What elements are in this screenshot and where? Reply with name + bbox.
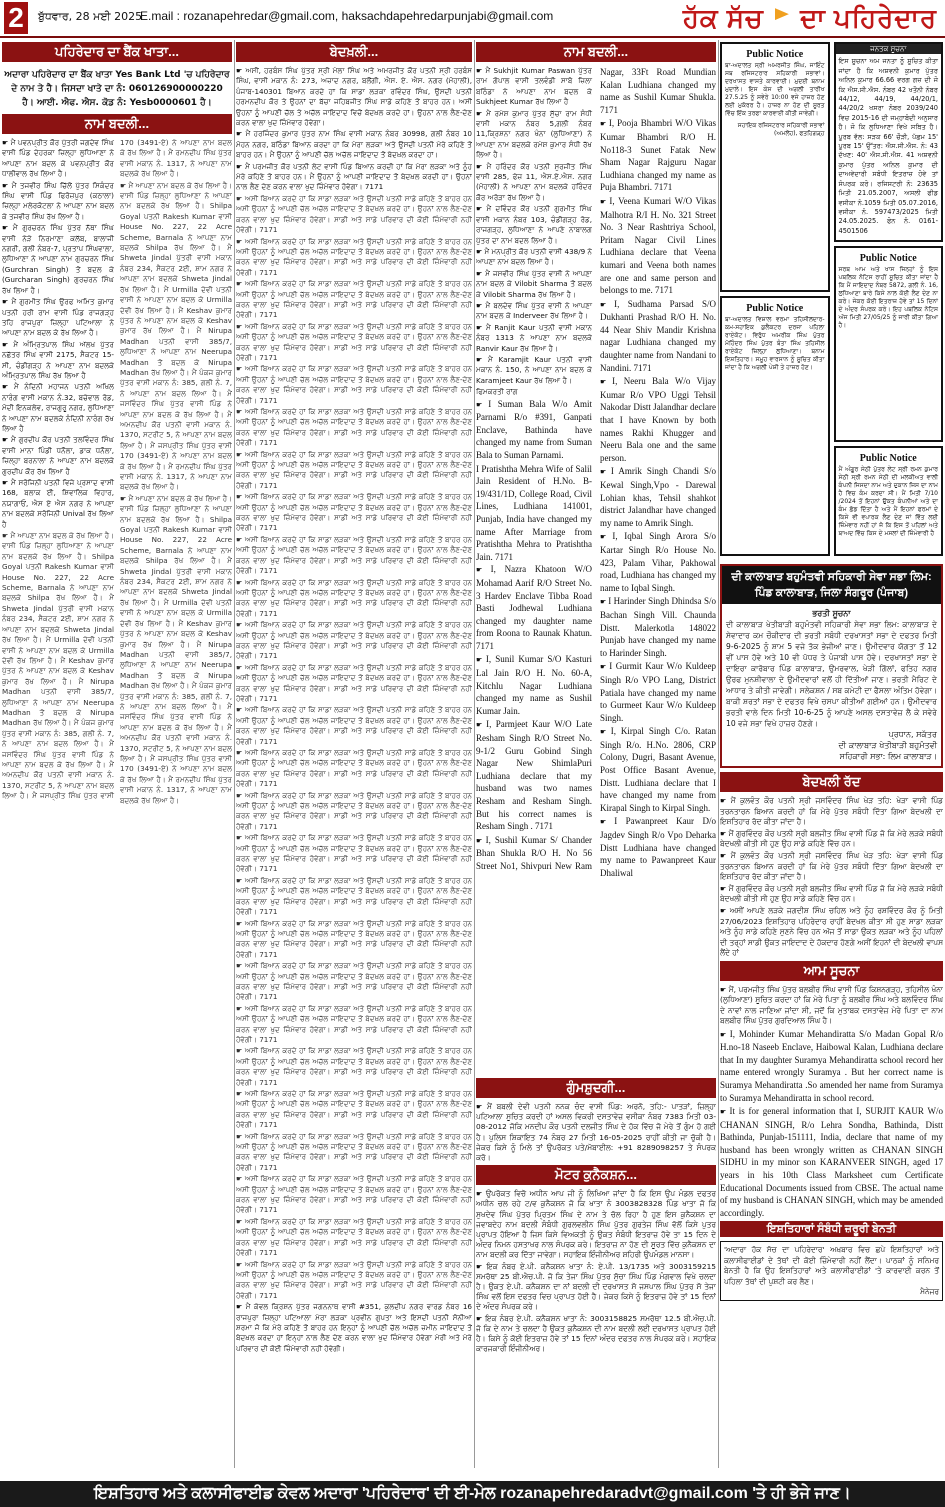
list-item: ਅਸੀਂ ਬਿਆਨ ਕਰਦੇ ਹਾਂ ਕਿ ਸਾਡਾ ਲੜਕਾ ਅਤੇ ਉਸਦੀ… [236, 450, 472, 492]
logo-mid: ਦਾ [800, 3, 826, 33]
list-item: I, Kirpal Singh C/o. Ratan Singh R/o. H.… [600, 725, 716, 814]
list-item: ਮੈਂ ਦਵਿੰਦਰ ਕੌਰ ਪਤਨੀ ਗੁਰਮੀਤ ਸਿੰਘ ਵਾਸੀ ਮਕਾ… [476, 204, 592, 246]
list-item: ਮੈਂ ਹਰਜਿੰਦਰ ਕੁਮਾਰ ਪੁੱਤਰ ਨਾਮ ਸਿੰਘ ਵਾਸੀ ਮਕ… [236, 129, 472, 160]
notice-title: Public Notice [725, 303, 825, 314]
list-item: ਅਸੀਂ ਬਿਆਨ ਕਰਦੇ ਹਾਂ ਕਿ ਸਾਡਾ ਲੜਕਾ ਅਤੇ ਉਸਦੀ… [236, 663, 472, 705]
notices-right: ਜਨਤਕ ਸੂਚਨਾ ਇਸ ਸੂਚਨਾ ਅਮ ਜਨਤਾ ਨੂੰ ਸੂਚਿਤ ਕੀ… [834, 40, 944, 560]
list-item: ਮੈਂ ਕੁਲਵੰਤ ਕੌਰ ਪਤਨੀ ਸ੍ਰੀ ਜਸਵਿੰਦਰ ਸਿੰਘ ਖੇ… [720, 851, 943, 883]
name-change-heading-2: ਨਾਮ ਬਦਲੀ... [476, 42, 716, 62]
list-item: ਅਸੀਂ ਬਿਆਨ ਕਰਦੇ ਹਾਂ ਕਿ ਸਾਡਾ ਲੜਕਾ ਅਤੇ ਉਸਦੀ… [236, 1174, 472, 1216]
list-item: ਮੈਂ ਗੁਰਮੀਤ ਸਿੰਘ ਉਰਫ ਅਮਿਤ ਕੁਮਾਰ ਪਤਨੀ ਹਰੀ … [2, 297, 114, 339]
newspaper-logo: ਹੱਕ ਸੱਚ ਦਾ ਪਹਿਰੇਦਾਰ [683, 2, 937, 34]
list-item: I, Veena Kumari W/O Vikas Malhotra R/I H… [600, 195, 716, 297]
notice-sign: ਸਹਾਇਕ ਰਜਿਸਟਰਾਰ ਸਹਿਕਾਰੀ ਸਭਾਵਾਂ (ਅਮਲੋਹ), ਫ… [725, 122, 825, 138]
list-item: ਅਸੀਂ ਬਿਆਨ ਕਰਦੇ ਹਾਂ ਕਿ ਸਾਡਾ ਲੜਕਾ ਅਤੇ ਉਸਦੀ… [236, 791, 472, 833]
list-item: ਅਸੀਂ ਬਿਆਨ ਕਰਦੇ ਹਾਂ ਕਿ ਸਾਡਾ ਲੜਕਾ ਅਤੇ ਉਸਦੀ… [236, 1089, 472, 1131]
list-item: ਮੈਂ ਸਰੋਜਿਨੀ ਪਤਨੀ ਵਿਜੇ ਪ੍ਰਸਾਦ ਵਾਸੀ 168, ਬ… [2, 478, 114, 530]
column-4: Public Notice ਬਾ-ਅਦਾਲਤ ਸ੍ਰੀ ਅਮਰਜੀਤ ਸਿੰਘ,… [720, 40, 943, 1468]
list-item: I, Iqbal Singh Arora S/o Kartar Singh R/… [600, 530, 716, 594]
contact-email[interactable]: E.mail : rozanapehredar@gmail.com, haksa… [140, 9, 553, 23]
public-notice-1: Public Notice ਬਾ-ਅਦਾਲਤ ਸ੍ਰੀ ਅਮਰਜੀਤ ਸਿੰਘ,… [720, 42, 830, 292]
list-item: ਅਸੀਂ ਬਿਆਨ ਕਰਦੇ ਹਾਂ ਕਿ ਸਾਡਾ ਲੜਕਾ ਅਤੇ ਉਸਦੀ… [236, 194, 472, 236]
logo-right: ਪਹਿਰੇਦਾਰ [834, 3, 937, 33]
list-item: ਮੈਂ ਗੁਰਚਰਨ ਸਿੰਘ ਪੁੱਤਰ ਨੱਥਾ ਸਿੰਘ ਵਾਸੀ ਨੇੜ… [2, 223, 114, 296]
list-item: ਇਕ ਨੰਬਰ ਏ.ਪੀ. ਕਨੈਕਸ਼ਨ ਖਾਤਾ ਨੰ: ਏ.ਪੀ. 13/… [476, 1262, 716, 1313]
notice-title: Public Notice [725, 49, 825, 60]
list-item: ਮੈਂ ਪਵਨਪ੍ਰੀਤ ਕੌਰ ਪੁੱਤਰੀ ਜਗਦੇਵ ਸਿੰਘ ਵਾਸੀ … [2, 138, 114, 180]
list-item: ਮੈਂ ਬਲਦੇਵ ਸਿੰਘ ਪੁੱਤਰ ਵਾਸੀ ਨੇ ਆਪਣਾ ਨਾਮ ਬਦ… [476, 301, 592, 322]
list-item: ਮੈਂ ਗੁਰਵਿੰਦਰ ਕੌਰ ਪਤਨੀ ਸ੍ਰੀ ਬਲਜੀਤ ਸਿੰਘ ਵਾ… [720, 829, 943, 850]
column-divider [718, 40, 719, 1468]
list-item: ਅਸੀਂ ਬਿਆਨ ਕਰਦੇ ਹਾਂ ਕਿ ਸਾਡਾ ਲੜਕਾ ਅਤੇ ਉਸਦੀ… [236, 535, 472, 577]
list-item: ਅਸੀਂ ਬਿਆਨ ਕਰਦੇ ਹਾਂ ਕਿ ਸਾਡਾ ਲੜਕਾ ਅਤੇ ਉਸਦੀ… [236, 279, 472, 321]
list-item: ਮੈਂ ਕੇਵਲ ਕ੍ਰਿਸ਼ਨ ਪੁੱਤਰ ਜਗਨਨਾਥ ਵਾਸੀ #351,… [236, 1302, 472, 1354]
issue-date: ਬੁੱਧਵਾਰ, 28 ਮਈ 2025 [38, 10, 142, 24]
eviction-cancel-list: ਮੈਂ ਕੁਲਵੰਤ ਕੌਰ ਪਤਨੀ ਸ੍ਰੀ ਜਸਵਿੰਦਰ ਸਿੰਘ ਖੇ… [720, 796, 943, 959]
list-item: ਮੈਂ ਆਪਣਾ ਨਾਮ ਬਦਲ ਕੇ ਰੱਖ ਲਿਆ ਹੈ। ਵਾਸੀ ਪਿੰ… [120, 181, 232, 493]
list-item: ਮੈਂ ਰਮੇਸ਼ ਕੁਮਾਰ ਪੁੱਤਰ ਸੁੱਚਾ ਰਾਮ ਸੰਧੀ ਵਾਸ… [476, 109, 592, 161]
list-item: ਮੈਂ ਤਜਵੀਰ ਸਿੰਘ ਚਿੱਲੋਂ ਪੁੱਤਰ ਸਿਕੰਦਰ ਸਿੰਘ … [2, 181, 114, 223]
list-item: ਅਸੀਂ ਬਿਆਨ ਕਰਦੇ ਹਾਂ ਕਿ ਸਾਡਾ ਲੜਕਾ ਅਤੇ ਉਸਦੀ… [236, 1132, 472, 1174]
list-item: I Pawanpreet Kaur D/o Jagdev Singh R/o V… [600, 815, 716, 879]
list-item: ਮੈਂ ਮਨਪ੍ਰੀਤ ਕੌਰ ਪਤਨੀ ਵਾਸੀ 438/9 ਨੇ ਆਪਣਾ … [476, 247, 592, 268]
ad-request-text: 'ਅਦਾਰਾ ਹੱਕ ਸੱਚ ਦਾ ਪਹਿਰੇਦਾਰ' ਅਖ਼ਬਾਰ ਵਿਚ ਛ… [724, 1245, 939, 1287]
list-item: I, Pooja Bhambri W/O Vikas Kumar Bhambri… [600, 117, 716, 194]
list-item: ਅਸੀਂ ਬਿਆਨ ਕਰਦੇ ਹਾਂ ਕਿ ਸਾਡਾ ਲੜਕਾ ਅਤੇ ਉਸਦੀ… [236, 1217, 472, 1259]
column-divider [474, 40, 475, 1468]
list-item: ਅਸੀਂ ਬਿਆਨ ਕਰਦੇ ਹਾਂ ਕਿ ਸਾਡਾ ਲੜਕਾ ਅਤੇ ਉਸਦੀ… [236, 1260, 472, 1302]
list-item: ਮੈਂ ਆਪਣਾ ਨਾਮ ਬਦਲ ਕੇ ਰੱਖ ਲਿਆ ਹੈ। ਵਾਸੀ ਪਿੰ… [120, 494, 232, 806]
list-item: ਮੈਂ ਗੁਰਵਿੰਦਰ ਕੌਰ ਪਤਨੀ ਸ੍ਰੀ ਬਲਜੀਤ ਸਿੰਘ ਵਾ… [720, 884, 943, 905]
list-item: ਮੈਂ ਅੰਮ੍ਰਿਤਪਾਲ ਸਿੰਘ ਅੱਲਖ ਪੁੱਤਰ ਨਛੱਤਰ ਸਿੰ… [2, 340, 114, 382]
name-change-list-2: ਮੈਂ Sukhjit Kumar Paswan ਪੁੱਤਰ ਰਾਮ ਗੋਪਾਲ… [476, 66, 716, 879]
list-item: ਅਸੀਂ ਬਿਆਨ ਕਰਦੇ ਹਾਂ ਕਿ ਸਾਡਾ ਲੜਕਾ ਅਤੇ ਉਸਦੀ… [236, 1046, 472, 1088]
recruitment-body: ਭਰਤੀ ਸੂਚਨਾ ਦੀ ਕਾਲਾਬਾੜ ਖੇਤੀਬਾੜੀ ਬਹੁਮੰਤਵੀ … [722, 604, 941, 766]
list-item: ਅਸੀਂ, ਹਰਬੰਸ ਸਿੰਘ ਪੁੱਤਰ ਸ੍ਰੀ ਮੇਲਾ ਸਿੰਘ ਅਤ… [236, 66, 472, 128]
list-item: I, Parmjeet Kaur W/O Late Resham Singh R… [476, 718, 592, 832]
list-item: I, Sunil Kumar S/O Kasturi Lal Jain R/O … [476, 653, 592, 717]
list-item: ਉਪਰੋਕਤ ਵਿਚੋ ਅਧੀਨ ਆਪ ਜੀ ਨੂੰ ਲਿਖਿਆ ਜਾਂਦਾ ਹ… [476, 1189, 716, 1260]
section-label: ਫਿਮਕਰਤੀ ਰਾਂਗ [476, 387, 592, 397]
signatory: ਸਹਿਕਾਰੀ ਸਭਾ: ਲਿਮ ਕਾਲਾਬਾੜ। [726, 751, 937, 762]
column-1: ਪਹਿਰੇਦਾਰ ਦਾ ਬੈਂਕ ਖਾਤਾ... ਅਦਾਰਾ ਪਹਿਰੇਦਾਰ … [2, 40, 232, 1468]
list-item: I, Sudhama Parsad S/O Dukhanti Prashad R… [600, 298, 716, 375]
public-info-box: ਜਨਤਕ ਸੂਚਨਾ ਇਸ ਸੂਚਨਾ ਅਮ ਜਨਤਾ ਨੂੰ ਸੂਚਿਤ ਕੀ… [834, 42, 944, 242]
box-text: ਇਸ ਸੂਚਨਾ ਅਮ ਜਨਤਾ ਨੂੰ ਸੂਚਿਤ ਕੀਤਾ ਜਾਂਦਾ ਹੈ… [836, 54, 942, 239]
public-notice-3: Public Notice ਸਰਬ ਆਮ ਅਤੇ ਖਾਸ ਜਿਨ੍ਹਾਂ ਨੂੰ… [834, 246, 944, 442]
list-item: I, Neeru Bala W/o Vijay Kumar R/o VPO Ug… [600, 375, 716, 464]
list-item: ਅਸੀਂ ਬਿਆਨ ਕਰਦੇ ਹਾਂ ਕਿ ਸਾਡਾ ਲੜਕਾ ਅਤੇ ਉਸਦੀ… [236, 492, 472, 534]
list-item: ਮੈਂ ਬਬਲੀ ਦੇਵੀ ਪਤਨੀ ਨਨਕ ਚੰਦ ਵਾਸੀ ਪਿੰਡ: ਅਰ… [476, 1102, 716, 1163]
list-item: ਮੈਂ Sukhjit Kumar Paswan ਪੁੱਤਰ ਰਾਮ ਗੋਪਾਲ… [476, 66, 592, 108]
ad-request-heading: ਇਸ਼ਤਿਹਾਰਾਂ ਸੰਬੰਧੀ ਜ਼ਰੂਰੀ ਬੇਨਤੀ [720, 1221, 943, 1237]
list-item: ਅਸੀਂ ਬਿਆਨ ਕਰਦੇ ਹਾਂ ਕਿ ਸਾਡਾ ਲੜਕਾ ਅਤੇ ਉਸਦੀ… [236, 705, 472, 747]
recruitment-ad: ਦੀ ਕਾਲਾਬਾੜ ਬਹੁਮੰਤਵੀ ਸਹਿਕਾਰੀ ਸੇਵਾ ਸਭਾ ਲਿਮ… [720, 564, 943, 768]
flag-icon [775, 8, 789, 32]
list-item: I Harinder Singh Dhindsa S/o Bachan Sing… [600, 595, 716, 659]
notice-text: ਮੈਂ ਅੰਗੂਰ ਸੇਠੀ ਪੁੱਤਰ ਲੇਟ ਸ੍ਰੀ ਰਮਨ ਕੁਮਾਰ … [839, 466, 939, 538]
signatory: ਪ੍ਰਧਾਨ, ਸਕੱਤਰ [726, 729, 937, 740]
list-item: ਅਸੀਂ ਆਪਣੇ ਲੜਕੇ ਜਗਦੀਸ਼ ਸਿੰਘ ਚਹਿਲ ਅਤੇ ਨੂੰਹ… [720, 906, 943, 959]
column-2: ਬੇਦਖ਼ਲੀ... ਅਸੀਂ, ਹਰਬੰਸ ਸਿੰਘ ਪੁੱਤਰ ਸ੍ਰੀ ਮ… [236, 40, 472, 1468]
list-item: ਅਸੀਂ ਬਿਆਨ ਕਰਦੇ ਹਾਂ ਕਿ ਸਾਡਾ ਲੜਕਾ ਅਤੇ ਉਸਦੀ… [236, 919, 472, 961]
motor-connection-heading: ਮੋਟਰ ਕੁਨੈਕਸ਼ਨ... [476, 1165, 716, 1185]
signatory: ਦੀ ਕਾਲਾਬਾੜ ਖੇਤੀਬਾੜੀ ਬਹੁਮੰਤਵੀ [726, 740, 937, 751]
list-item: ਮੈਂ, ਪਰਮਜੀਤ ਸਿੰਘ ਪੁੱਤਰ ਬਲਬੀਰ ਸਿੰਘ ਵਾਸੀ ਪ… [720, 985, 943, 1027]
list-item: I Gurmit Kaur W/o Kuldeep Singh R/o VPO … [600, 660, 716, 724]
list-item: ਅਸੀਂ ਬਿਆਨ ਕਰਦੇ ਹਾਂ ਕਿ ਸਾਡਾ ਲੜਕਾ ਅਤੇ ਉਸਦੀ… [236, 364, 472, 406]
list-item: I Amrik Singh Chandi S/o Kewal Singh,Vpo… [600, 465, 716, 529]
list-item: ਮੈਂ ਹਰਿੰਦਰ ਕੌਰ ਪਤਨੀ ਸੁਰਜੀਤ ਸਿੰਘ ਵਾਸੀ 285… [476, 162, 592, 204]
public-notice-2: Public Notice ਬਾ-ਅਦਾਲਤ ਵਿਸ਼ਾਲ ਵਰਮਾ ਤਹਿਸੀ… [720, 296, 830, 556]
lost-heading: ਗੁੰਮਸ਼ੁਦਗੀ... [476, 1078, 716, 1098]
list-item: ਇਕ ਨੰਬਰ ਏ.ਪੀ. ਕਨੈਕਸ਼ਨ ਖਾਤਾ ਨੰ: 300315882… [476, 1314, 716, 1355]
eviction-cancel-heading: ਬੇਦਖਲੀ ਰੱਦ [720, 772, 943, 792]
lost-and-motor-section: ਗੁੰਮਸ਼ੁਦਗੀ... ਮੈਂ ਬਬਲੀ ਦੇਵੀ ਪਤਨੀ ਨਨਕ ਚੰਦ… [476, 1076, 716, 1468]
recruitment-text: ਦੀ ਕਾਲਾਬਾੜ ਖੇਤੀਬਾੜੀ ਬਹੁਮੰਤਵੀ ਸਹਿਕਾਰੀ ਸੇਵ… [726, 619, 937, 729]
ad-request-sign: ਮੈਨੇਜਰ [724, 1287, 939, 1297]
general-notice-heading: ਆਮ ਸੂਚਨਾ [720, 961, 943, 981]
notices-row: Public Notice ਬਾ-ਅਦਾਲਤ ਸ੍ਰੀ ਅਮਰਜੀਤ ਸਿੰਘ,… [720, 40, 943, 560]
eviction-heading: ਬੇਦਖ਼ਲੀ... [236, 42, 472, 62]
bank-account-text: ਅਦਾਰਾ ਪਹਿਰੇਦਾਰ ਦਾ ਬੈਂਕ ਖਾਤਾ Yes Bank Ltd… [2, 66, 232, 112]
list-item: ਅਸੀਂ ਬਿਆਨ ਕਰਦੇ ਹਾਂ ਕਿ ਸਾਡਾ ਲੜਕਾ ਅਤੇ ਉਸਦੀ… [236, 322, 472, 364]
name-change-heading: ਨਾਮ ਬਦਲੀ... [2, 114, 232, 134]
masthead: 2 ਬੁੱਧਵਾਰ, 28 ਮਈ 2025 E.mail : rozanapeh… [0, 0, 945, 38]
column-3: ਨਾਮ ਬਦਲੀ... ਮੈਂ Sukhjit Kumar Paswan ਪੁੱ… [476, 40, 716, 1080]
list-item: I, Nazra Khatoon W/O Mohamad Aarif R/O S… [476, 563, 592, 652]
name-change-list: ਮੈਂ ਪਵਨਪ੍ਰੀਤ ਕੌਰ ਪੁੱਤਰੀ ਜਗਦੇਵ ਸਿੰਘ ਵਾਸੀ … [2, 138, 232, 806]
public-notice-4: Public Notice ਮੈਂ ਅੰਗੂਰ ਸੇਠੀ ਪੁੱਤਰ ਲੇਟ ਸ… [834, 446, 944, 556]
notice-title: Public Notice [839, 253, 939, 264]
ad-request-box: 'ਅਦਾਰਾ ਹੱਕ ਸੱਚ ਦਾ ਪਹਿਰੇਦਾਰ' ਅਖ਼ਬਾਰ ਵਿਚ ਛ… [720, 1241, 943, 1301]
list-item: ਅਸੀਂ ਬਿਆਨ ਕਰਦੇ ਹਾਂ ਕਿ ਸਾਡਾ ਲੜਕਾ ਅਤੇ ਉਸਦੀ… [236, 876, 472, 918]
column-divider [234, 40, 235, 1468]
list-item: ਮੈਂ ਕੁਲਵੰਤ ਕੌਰ ਪਤਨੀ ਸ੍ਰੀ ਜਸਵਿੰਦਰ ਸਿੰਘ ਖੇ… [720, 796, 943, 828]
list-item: ਮੈਂ ਪਰਮਜੀਤ ਕੌਰ ਪਤਨੀ ਲੇਟ ਵਾਸੀ ਪਿੰਡ ਬਿਆਨ ਕ… [236, 162, 472, 193]
recruitment-heading: ਦੀ ਕਾਲਾਬਾੜ ਬਹੁਮੰਤਵੀ ਸਹਿਕਾਰੀ ਸੇਵਾ ਸਭਾ ਲਿਮ… [722, 566, 941, 604]
list-item: I Suman Bala W/o Amit Parnami R/o #391, … [476, 398, 592, 462]
list-item: It is for general information that I, SU… [720, 1105, 943, 1219]
list-item: ਅਸੀਂ ਬਿਆਨ ਕਰਦੇ ਹਾਂ ਕਿ ਸਾਡਾ ਲੜਕਾ ਅਤੇ ਉਸਦੀ… [236, 578, 472, 620]
notice-text: ਸਰਬ ਆਮ ਅਤੇ ਖਾਸ ਜਿਨ੍ਹਾਂ ਨੂੰ ਇਸ ਪਬਲਿਕ ਨੋਟਿ… [839, 266, 939, 330]
list-item: ਮੈਂ ਜਸਵੀਰ ਸਿੰਘ ਪੁੱਤਰ ਵਾਸੀ ਨੇ ਆਪਣਾ ਨਾਮ ਬਦ… [476, 269, 592, 300]
logo-left: ਹੱਕ ਸੱਚ [683, 3, 764, 33]
list-item: ਮੈਂ ਗੁਰਦੀਪ ਕੌਰ ਪਤਨੀ ਤਲਵਿੰਦਰ ਸਿੰਘ ਵਾਸੀ ਮਾ… [2, 435, 114, 477]
list-item: ਅਸੀਂ ਬਿਆਨ ਕਰਦੇ ਹਾਂ ਕਿ ਸਾਡਾ ਲੜਕਾ ਅਤੇ ਉਸਦੀ… [236, 407, 472, 449]
list-item: ਮੈਂ Karamjit Kaur ਪਤਨੀ ਵਾਸੀ ਮਕਾਨ ਨੰ. 150… [476, 355, 592, 386]
list-item: ਮੈਂ ਨੰਦਿਨੀ ਮਹਾਜਨ ਪਤਨੀ ਅਖਿਲ ਨਾਰੰਗ ਵਾਸੀ ਮਕ… [2, 382, 114, 434]
list-item: ਅਸੀਂ ਬਿਆਨ ਕਰਦੇ ਹਾਂ ਕਿ ਸਾਡਾ ਲੜਕਾ ਅਤੇ ਉਸਦੀ… [236, 961, 472, 1003]
list-item: ਅਸੀਂ ਬਿਆਨ ਕਰਦੇ ਹਾਂ ਕਿ ਸਾਡਾ ਲੜਕਾ ਅਤੇ ਉਸਦੀ… [236, 748, 472, 790]
list-item: ਅਸੀਂ ਬਿਆਨ ਕਰਦੇ ਹਾਂ ਕਿ ਸਾਡਾ ਲੜਕਾ ਅਤੇ ਉਸਦੀ… [236, 1004, 472, 1046]
bank-account-heading: ਪਹਿਰੇਦਾਰ ਦਾ ਬੈਂਕ ਖਾਤਾ... [2, 42, 232, 62]
notice-text: ਬਾ-ਅਦਾਲਤ ਸ੍ਰੀ ਅਮਰਜੀਤ ਸਿੰਘ, ਜਾਇੰਟ ਸਬ ਰਜਿਸ… [725, 62, 825, 118]
list-item: ਮੈਂ Ranjit Kaur ਪਤਨੀ ਵਾਸੀ ਮਕਾਨ ਨੰਬਰ 1313… [476, 323, 592, 354]
list-item: ਅਸੀਂ ਬਿਆਨ ਕਰਦੇ ਹਾਂ ਕਿ ਸਾਡਾ ਲੜਕਾ ਅਤੇ ਉਸਦੀ… [236, 620, 472, 662]
page-number: 2 [4, 2, 28, 34]
footer-banner: ਇਸ਼ਤਿਹਾਰ ਅਤੇ ਕਲਾਸੀਫਾਈਡ ਕੇਵਲ ਅਦਾਰਾ 'ਪਹਿਰੇ… [0, 1481, 945, 1507]
list-item: I Pratishtha Mehra Wife of Salil Jain Re… [476, 463, 592, 564]
list-item: I, Mohinder Kumar Mehandiratta S/o Madan… [720, 1028, 943, 1105]
box-title: ਜਨਤਕ ਸੂਚਨਾ [836, 44, 942, 54]
notice-title: Public Notice [839, 453, 939, 464]
list-item: ਅਸੀਂ ਬਿਆਨ ਕਰਦੇ ਹਾਂ ਕਿ ਸਾਡਾ ਲੜਕਾ ਅਤੇ ਉਸਦੀ… [236, 833, 472, 875]
notices-left: Public Notice ਬਾ-ਅਦਾਲਤ ਸ੍ਰੀ ਅਮਰਜੀਤ ਸਿੰਘ,… [720, 40, 830, 560]
recruitment-subtitle: ਭਰਤੀ ਸੂਚਨਾ [726, 608, 937, 619]
notice-text: ਬਾ-ਅਦਾਲਤ ਵਿਸ਼ਾਲ ਵਰਮਾ ਤਹਿਸੀਲਦਾਰ-ਕਮ-ਸਹਾਇਕ … [725, 316, 825, 372]
list-item: ਅਸੀਂ ਬਿਆਨ ਕਰਦੇ ਹਾਂ ਕਿ ਸਾਡਾ ਲੜਕਾ ਅਤੇ ਉਸਦੀ… [236, 237, 472, 279]
